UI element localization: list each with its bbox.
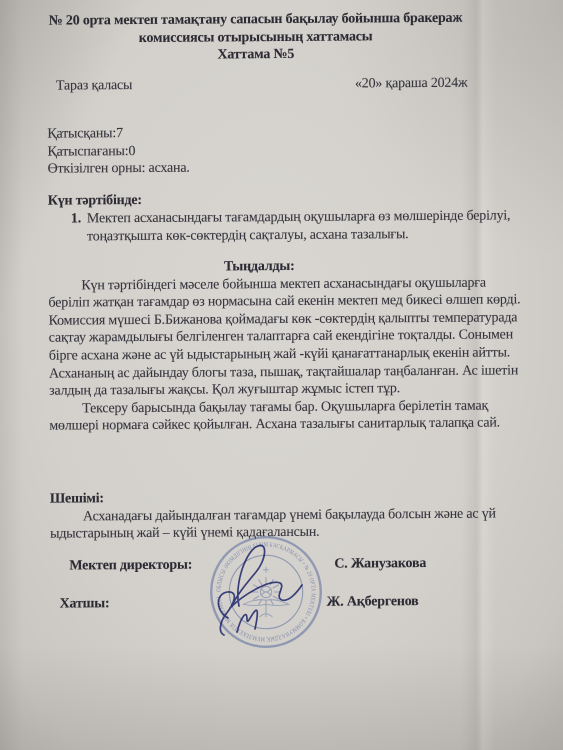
- date-label: «20» қараша 2024ж: [355, 75, 468, 93]
- heard-paragraph-2: Тексеру барысында бақылау тағамы бар. Оқ…: [49, 397, 527, 436]
- heard-paragraph-1: Күн тәртібіндегі мәселе бойынша мектеп а…: [48, 274, 527, 400]
- agenda-item-number: 1.: [71, 211, 87, 246]
- signature-ink: [193, 522, 363, 652]
- agenda-heading: Күн тәртібінде:: [48, 189, 520, 210]
- heard-section: Тыңдалды: Күн тәртібіндегі мәселе бойынш…: [48, 256, 527, 435]
- city-label: Тараз қаласы: [56, 77, 132, 95]
- venue: Өткізілген орны: асхана.: [47, 158, 519, 179]
- director-role-label: Мектеп директоры:: [69, 557, 192, 575]
- agenda-item: 1. Мектеп асханасындағы тағамдардың оқуш…: [48, 208, 520, 246]
- attendance-block: Қатысқаны:7 Қатыспағаны:0 Өткізілген орн…: [47, 122, 519, 178]
- place-date-row: Тараз қаласы «20» қараша 2024ж: [47, 74, 519, 77]
- agenda-section: Күн тәртібінде: 1. Мектеп асханасындағы …: [48, 189, 520, 246]
- agenda-item-text: Мектеп асханасындағы тағамдардың оқушыла…: [87, 208, 515, 246]
- secretary-role-label: Хатшы:: [60, 595, 110, 613]
- director-signature-stroke: [230, 545, 302, 608]
- protocol-number: Хаттама №5: [47, 45, 465, 66]
- document-page: № 20 орта мектеп тамақтану сапасын бақыл…: [0, 0, 563, 750]
- document-title: № 20 орта мектеп тамақтану сапасын бақыл…: [46, 9, 518, 65]
- title-line-1: № 20 орта мектеп тамақтану сапасын бақыл…: [46, 10, 464, 31]
